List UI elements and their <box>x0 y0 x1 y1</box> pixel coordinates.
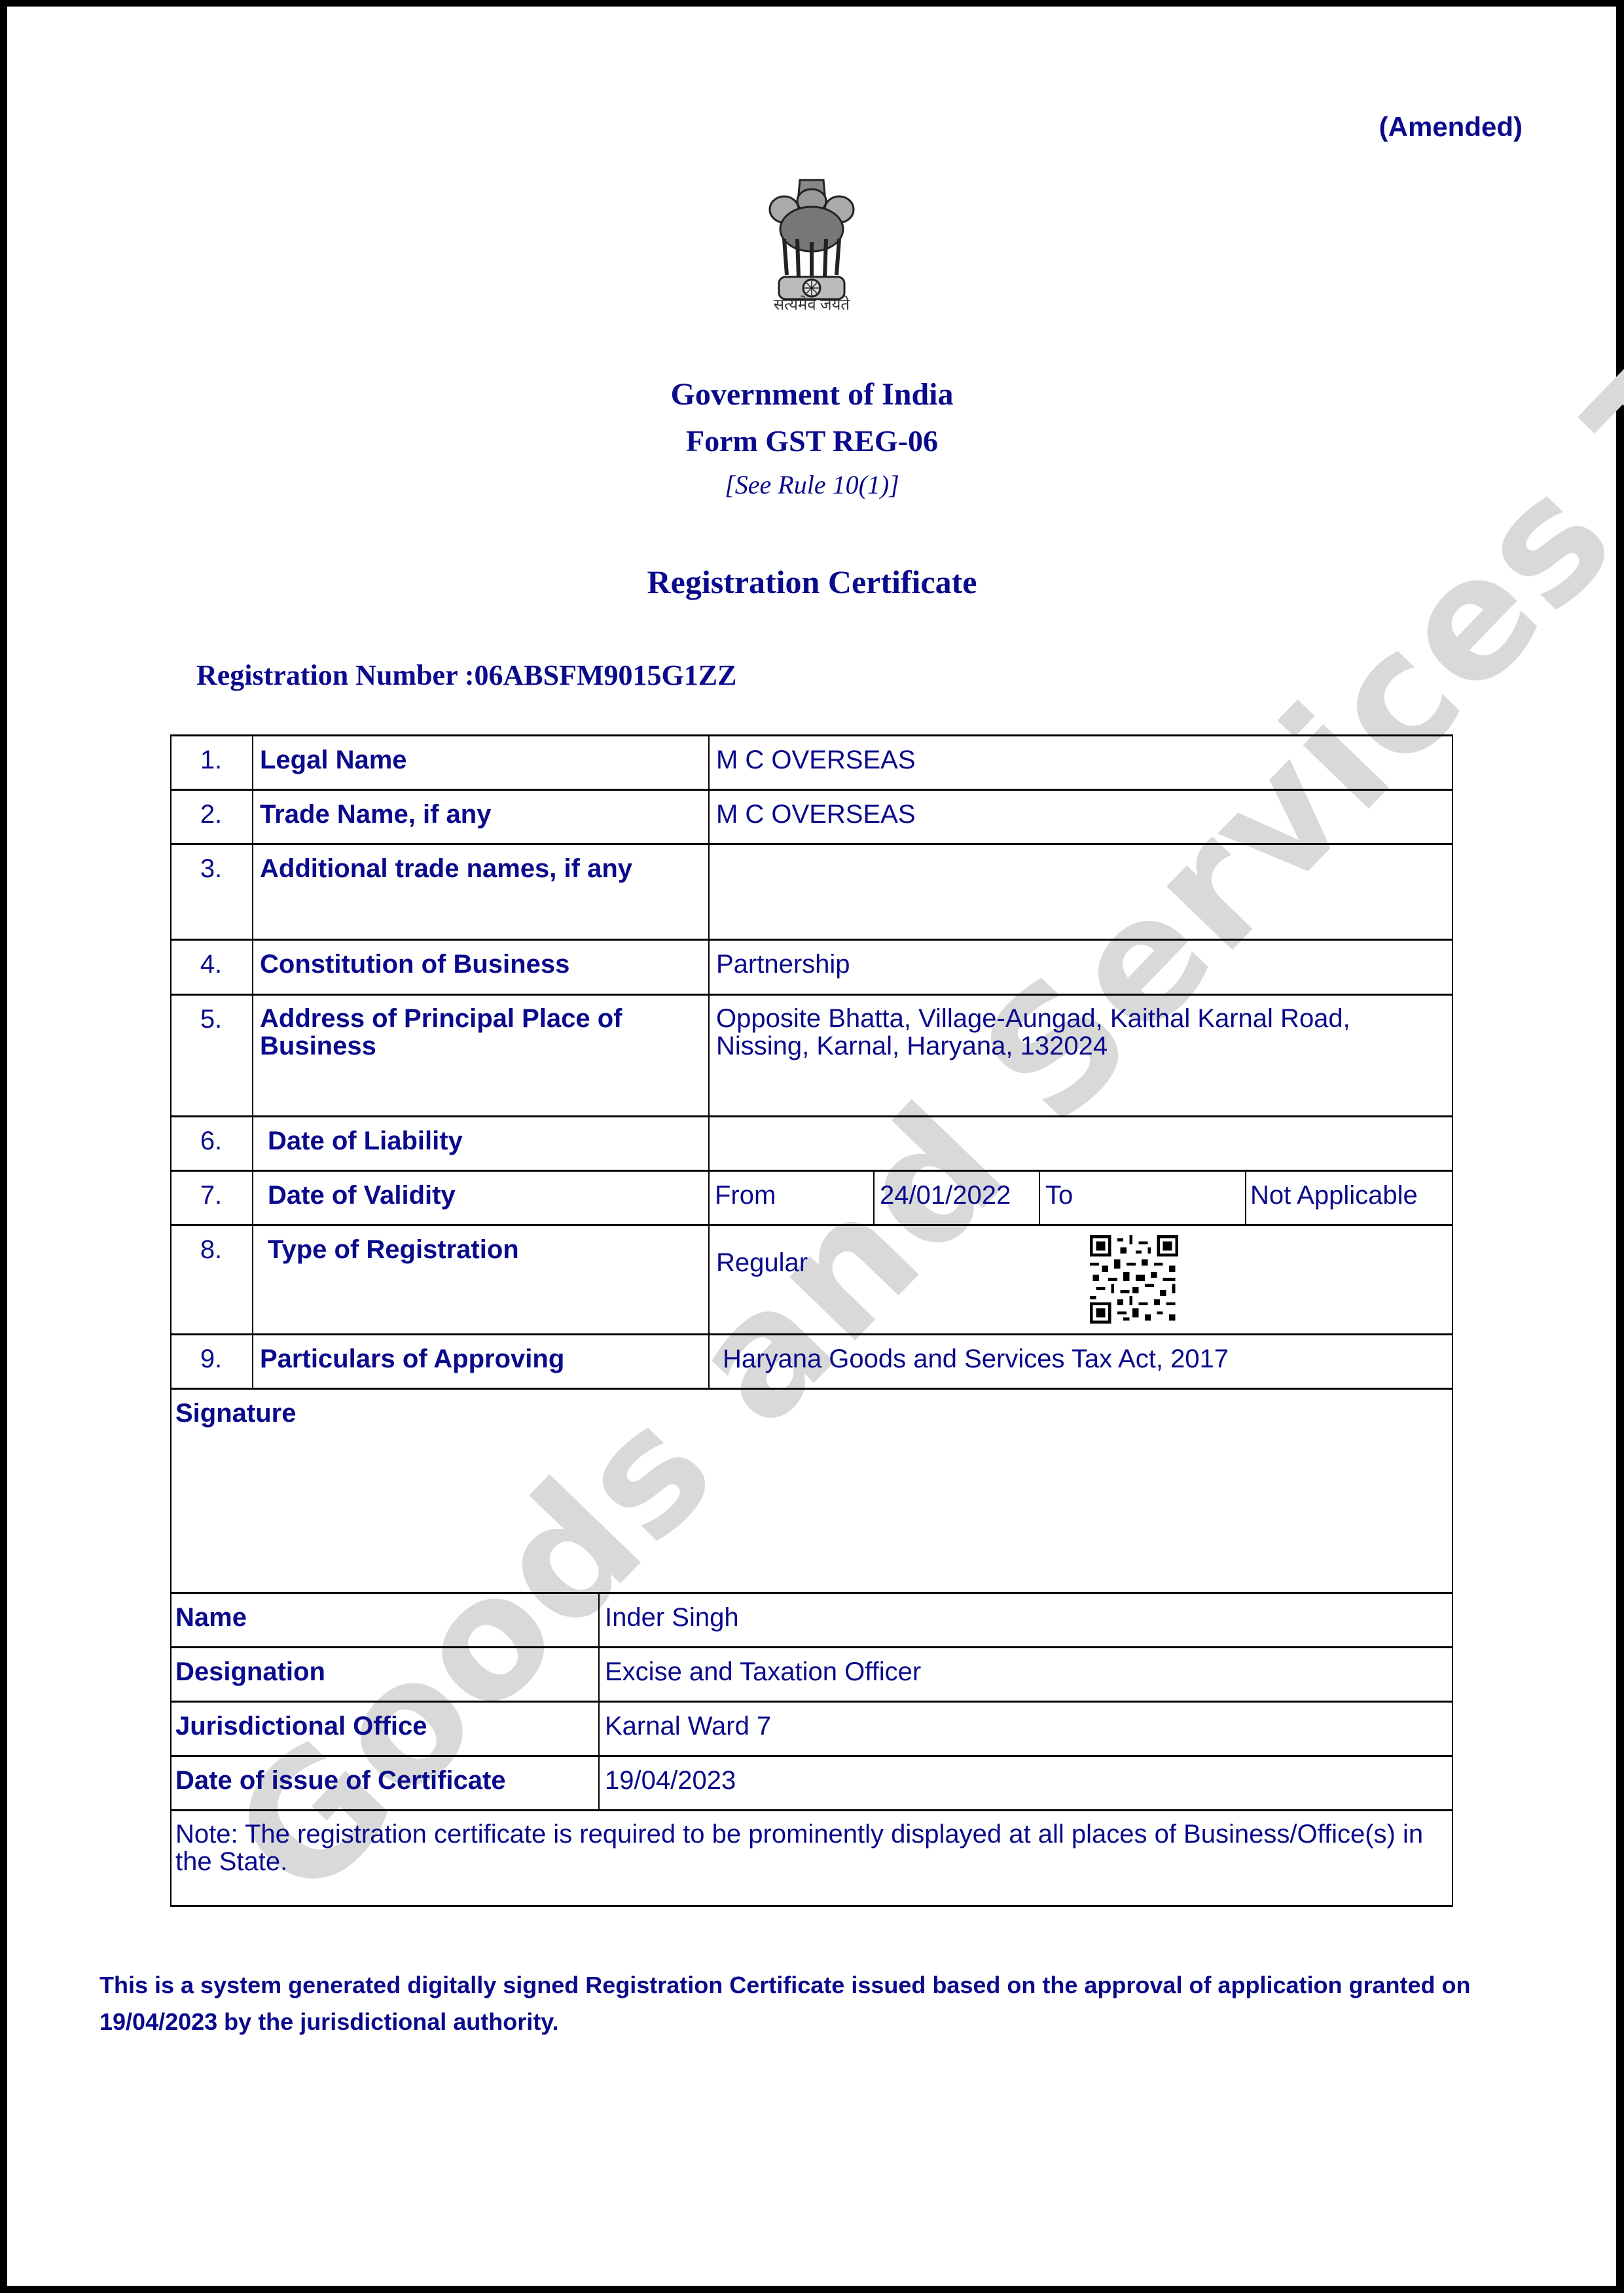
qr-code-icon <box>1090 1235 1178 1324</box>
row-label: Particulars of Approving <box>252 1335 708 1388</box>
form-title: Form GST REG-06 <box>0 424 1624 458</box>
row-number: 1. <box>170 736 252 789</box>
validity-from-date: 24/01/2022 <box>873 1172 1039 1224</box>
validity-from-label: From <box>708 1172 873 1224</box>
registration-number: Registration Number :06ABSFM9015G1ZZ <box>196 659 736 692</box>
signature-label: Signature <box>170 1390 1453 1592</box>
table-row: 5. Address of Principal Place of Busines… <box>170 994 1453 1115</box>
legal-name-value: M C OVERSEAS <box>708 736 1453 789</box>
table-row: 3. Additional trade names, if any <box>170 843 1453 939</box>
table-row: Name Inder Singh <box>170 1592 1453 1646</box>
table-row: 7. Date of Validity From 24/01/2022 To N… <box>170 1170 1453 1224</box>
table-row: Designation Excise and Taxation Officer <box>170 1646 1453 1701</box>
table-row: Date of issue of Certificate 19/04/2023 <box>170 1755 1453 1809</box>
jurisdictional-office-value: Karnal Ward 7 <box>598 1703 1453 1755</box>
row-number: 6. <box>170 1117 252 1170</box>
issue-date-label: Date of issue of Certificate <box>170 1757 598 1809</box>
validity-to-label: To <box>1039 1172 1245 1224</box>
row-number: 8. <box>170 1226 252 1333</box>
row-label: Additional trade names, if any <box>252 845 708 939</box>
row-label: Date of Liability <box>252 1117 708 1170</box>
row-number: 2. <box>170 791 252 843</box>
approving-act-value: Haryana Goods and Services Tax Act, 2017 <box>708 1335 1453 1388</box>
certificate-title: Registration Certificate <box>0 563 1624 601</box>
registration-number-value: 06ABSFM9015G1ZZ <box>474 659 736 691</box>
row-label: Legal Name <box>252 736 708 789</box>
table-row: 2. Trade Name, if any M C OVERSEAS <box>170 789 1453 843</box>
constitution-value: Partnership <box>708 941 1453 994</box>
designation-value: Excise and Taxation Officer <box>598 1648 1453 1701</box>
row-number: 4. <box>170 941 252 994</box>
trade-name-value: M C OVERSEAS <box>708 791 1453 843</box>
jurisdictional-office-label: Jurisdictional Office <box>170 1703 598 1755</box>
table-row: 6. Date of Liability <box>170 1115 1453 1170</box>
table-row: Jurisdictional Office Karnal Ward 7 <box>170 1701 1453 1755</box>
validity-to-date: Not Applicable <box>1245 1172 1453 1224</box>
table-row: 1. Legal Name M C OVERSEAS <box>170 734 1453 789</box>
officer-name-value: Inder Singh <box>598 1594 1453 1646</box>
table-row: 9. Particulars of Approving Haryana Good… <box>170 1333 1453 1388</box>
row-label: Type of Registration <box>252 1226 708 1333</box>
registration-type-value: Regular <box>708 1226 1453 1333</box>
row-number: 9. <box>170 1335 252 1388</box>
display-note: Note: The registration certificate is re… <box>170 1811 1453 1907</box>
date-of-liability-value <box>708 1117 1453 1170</box>
row-number: 3. <box>170 845 252 939</box>
system-generated-footer: This is a system generated digitally sig… <box>99 1967 1526 2040</box>
table-row: 4. Constitution of Business Partnership <box>170 939 1453 994</box>
designation-label: Designation <box>170 1648 598 1701</box>
table-row: 8. Type of Registration Regular <box>170 1224 1453 1333</box>
row-label: Constitution of Business <box>252 941 708 994</box>
government-heading: Government of India <box>0 376 1624 412</box>
signature-block: Signature <box>170 1388 1453 1592</box>
address-value: Opposite Bhatta, Village-Aungad, Kaithal… <box>708 996 1453 1115</box>
row-label: Address of Principal Place of Business <box>252 996 708 1115</box>
issue-date-value: 19/04/2023 <box>598 1757 1453 1809</box>
registration-number-label: Registration Number : <box>196 659 474 691</box>
row-label: Date of Validity <box>252 1172 708 1224</box>
note-row: Note: The registration certificate is re… <box>170 1809 1453 1907</box>
row-number: 7. <box>170 1172 252 1224</box>
additional-trade-names-value <box>708 845 1453 939</box>
row-label: Trade Name, if any <box>252 791 708 843</box>
rule-reference: [See Rule 10(1)] <box>0 469 1624 500</box>
officer-name-label: Name <box>170 1594 598 1646</box>
amended-label: (Amended) <box>1379 111 1523 143</box>
emblem-motto: सत्यमेव जयते <box>759 293 864 315</box>
row-number: 5. <box>170 996 252 1115</box>
